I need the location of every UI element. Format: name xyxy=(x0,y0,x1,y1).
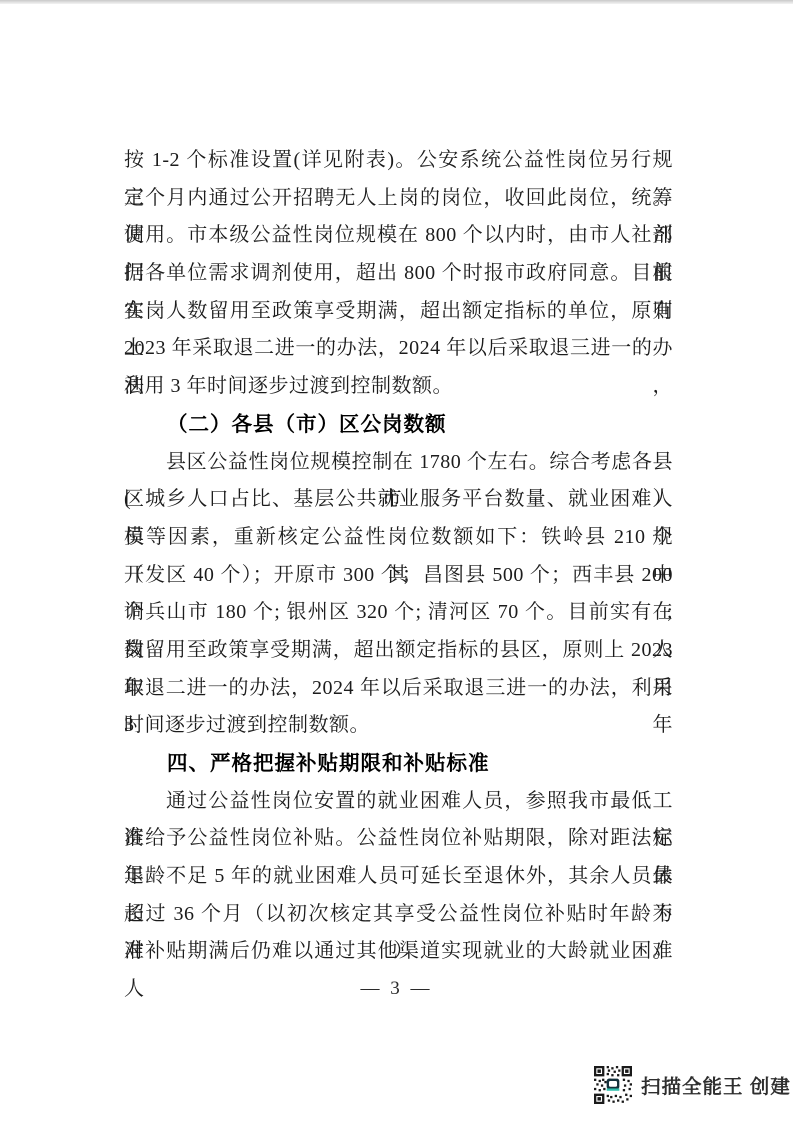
doc-line: 据各单位需求调剂使用，超出 800 个时报市政府同意。目前实有 xyxy=(124,255,673,293)
watermark-label: 扫描全能王 创建 xyxy=(641,1071,791,1099)
doc-line: 准给予公益性岗位补贴。公益性岗位补贴期限，除对距法定退休 xyxy=(124,820,673,858)
doc-line: 按 1-2 个标准设置(详见附表)。公安系统公益性岗位另行规定。 xyxy=(124,142,673,180)
doc-line: 三个月内通过公开招聘无人上岗的岗位，收回此岗位，统筹调剂 xyxy=(124,180,673,218)
doc-line: 县区公益性岗位规模控制在 1780 个左右。综合考虑各县(市） xyxy=(124,444,673,482)
doc-line: 调兵山市 180 个; 银州区 320 个; 清河区 70 个。目前实有在岗人 xyxy=(124,594,673,632)
doc-line: 数留用至政策享受期满，超出额定指标的县区，原则上 2023 年采 xyxy=(124,632,673,670)
doc-line: 通过公益性岗位安置的就业困难人员，参照我市最低工资标 xyxy=(124,783,673,821)
document-page: 按 1-2 个标准设置(详见附表)。公安系统公益性岗位另行规定。 三个月内通过公… xyxy=(0,0,793,1122)
scanner-watermark: 扫描全能王 创建 xyxy=(594,1066,791,1104)
doc-line: 开发区 40 个）；开原市 300 个；昌图县 500 个；西丰县 200 个; xyxy=(124,557,673,595)
document-body: 按 1-2 个标准设置(详见附表)。公安系统公益性岗位另行规定。 三个月内通过公… xyxy=(124,142,673,971)
section-heading: （二）各县（市）区公岗数额 xyxy=(124,406,673,444)
doc-line: 在岗人数留用至政策享受期满，超出额定指标的单位，原则上 xyxy=(124,293,673,331)
doc-line: 取退二进一的办法，2024 年以后采取退三进一的办法，利用 3 年 xyxy=(124,670,673,708)
doc-line: 对补贴期满后仍难以通过其他渠道实现就业的大龄就业困难人 xyxy=(124,933,673,971)
doc-line: 2023 年采取退二进一的办法，2024 年以后采取退三进一的办法， xyxy=(124,330,673,368)
doc-line: 年龄不足 5 年的就业困难人员可延长至退休外，其余人员最长不 xyxy=(124,858,673,896)
page-number: — 3 — xyxy=(0,978,793,1000)
scan-edge xyxy=(0,0,793,4)
section-heading: 四、严格把握补贴期限和补贴标准 xyxy=(124,745,673,783)
doc-line: 模等因素，重新核定公益性岗位数额如下：铁岭县 210 个（其中 xyxy=(124,519,673,557)
doc-line: 使用。市本级公益性岗位规模在 800 个以内时，由市人社部门根 xyxy=(124,217,673,255)
doc-line: 超过 36 个月（以初次核定其享受公益性岗位补贴时年龄为准）。 xyxy=(124,896,673,934)
doc-line: 区城乡人口占比、基层公共就业服务平台数量、就业困难人员规 xyxy=(124,481,673,519)
qr-code-icon xyxy=(594,1066,632,1104)
